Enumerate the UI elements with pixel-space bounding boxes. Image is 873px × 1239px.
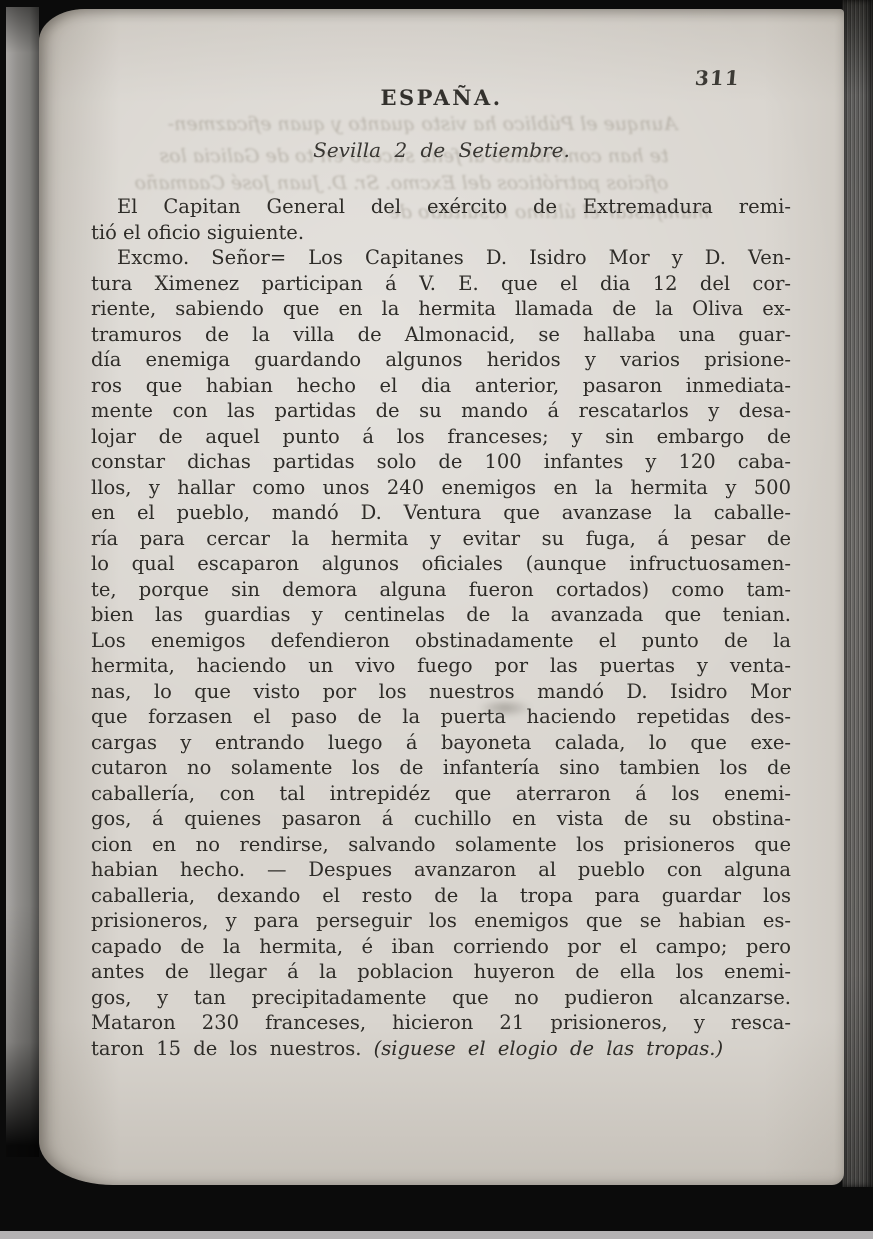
- scanner-bed-edge: [0, 1231, 873, 1239]
- body-line: nas, lo que visto por los nuestros mandó…: [91, 679, 791, 705]
- body-line: lojar de aquel punto á los franceses; y …: [91, 424, 791, 450]
- body-line: bien las guardias y centinelas de la ava…: [91, 602, 791, 628]
- body-line: habian hecho. — Despues avanzaron al pue…: [91, 857, 791, 883]
- body-text: El Capitan General del exército de Extre…: [91, 194, 791, 1061]
- body-line: mente con las partidas de su mando á res…: [91, 398, 791, 424]
- body-line: gos, y tan precipitadamente que no pudie…: [91, 985, 791, 1011]
- body-line: caballeria, dexando el resto de la tropa…: [91, 883, 791, 909]
- body-line: riente, sabiendo que en la hermita llama…: [91, 296, 791, 322]
- body-line: día enemiga guardando algunos heridos y …: [91, 347, 791, 373]
- body-line: que forzasen el paso de la puerta hacien…: [91, 704, 791, 730]
- body-line: tramuros de la villa de Almonacid, se ha…: [91, 322, 791, 348]
- body-line: en el pueblo, mandó D. Ventura que avanz…: [91, 500, 791, 526]
- body-line: tió el oficio siguiente.: [91, 220, 791, 246]
- body-line: ros que habian hecho el dia anterior, pa…: [91, 373, 791, 399]
- body-line: llos, y hallar como unos 240 enemigos en…: [91, 475, 791, 501]
- body-line: capado de la hermita, é iban corriendo p…: [91, 934, 791, 960]
- book-page: Aunque el Público ha visto quanto y quan…: [39, 9, 844, 1185]
- body-line: caballería, con tal intrepidéz que aterr…: [91, 781, 791, 807]
- body-line: ría para cercar la hermita y evitar su f…: [91, 526, 791, 552]
- body-line: Excmo. Señor= Los Capitanes D. Isidro Mo…: [91, 245, 791, 271]
- body-line: tura Ximenez participan á V. E. que el d…: [91, 271, 791, 297]
- body-line: hermita, haciendo un vivo fuego por las …: [91, 653, 791, 679]
- dateline: Sevilla 2 de Setiembre.: [39, 138, 844, 162]
- left-book-edge: [6, 7, 39, 1157]
- bleedthrough-line: Aunque el Público ha visto quanto y quan…: [95, 113, 750, 135]
- last-line-roman: taron 15 de los nuestros.: [91, 1037, 374, 1060]
- body-line: cutaron no solamente los de infantería s…: [91, 755, 791, 781]
- body-line: cion en no rendirse, salvando solamente …: [91, 832, 791, 858]
- body-line: prisioneros, y para perseguir los enemig…: [91, 908, 791, 934]
- body-line: gos, á quienes pasaron á cuchillo en vis…: [91, 806, 791, 832]
- body-line: te, porque sin demora alguna fueron cort…: [91, 577, 791, 603]
- body-line: Mataron 230 franceses, hicieron 21 prisi…: [91, 1010, 791, 1036]
- body-line: lo qual escaparon algunos oficiales (aun…: [91, 551, 791, 577]
- right-book-edge: [842, 0, 873, 1187]
- body-line: cargas y entrando luego á bayoneta calad…: [91, 730, 791, 756]
- body-line: antes de llegar á la poblacion huyeron d…: [91, 959, 791, 985]
- page-title: ESPAÑA.: [39, 85, 844, 110]
- body-line: constar dichas partidas solo de 100 infa…: [91, 449, 791, 475]
- last-line-italic: (siguese el elogio de las tropas.): [374, 1037, 723, 1060]
- body-line-last: taron 15 de los nuestros. (siguese el el…: [91, 1036, 791, 1062]
- body-line: Los enemigos defendieron obstinadamente …: [91, 628, 791, 654]
- body-line: El Capitan General del exército de Extre…: [91, 194, 791, 220]
- bleedthrough-line: oficios patrióticos del Excmo. Sr. D. Ju…: [69, 172, 734, 194]
